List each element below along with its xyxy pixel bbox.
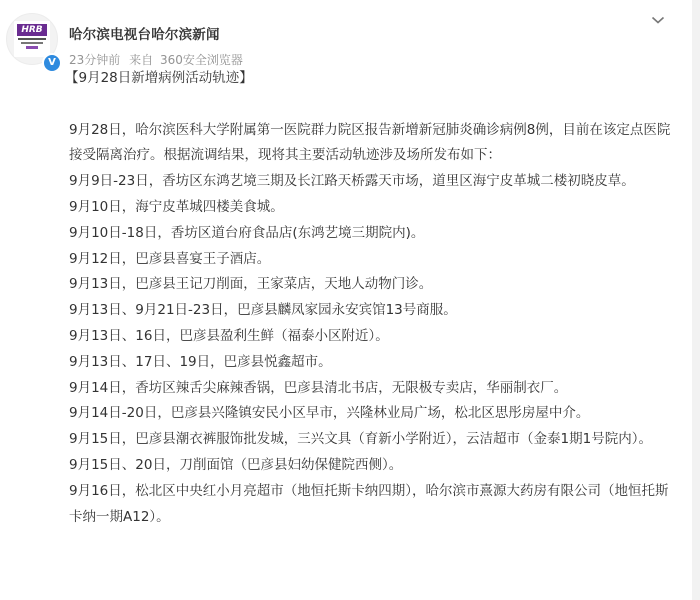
post-paragraph: 9月28日，哈尔滨医科大学附属第一医院群力院区报告新增新冠肺炎确诊病例8例，目前… xyxy=(69,118,681,170)
post-paragraph: 9月12日，巴彦县喜宴王子酒店。 xyxy=(69,247,681,273)
post-paragraph: 9月10日，海宁皮革城四楼美食城。 xyxy=(69,195,681,221)
post-title: 【9月28日新增病例活动轨迹】 xyxy=(65,66,681,92)
post-paragraph: 9月13日，巴彦县王记刀削面，王家菜店，天地人动物门诊。 xyxy=(69,272,681,298)
source-prefix: 来自 xyxy=(129,53,153,67)
post-paragraph: 9月10日-18日，香坊区道台府食品店(东鸿艺境三期院内)。 xyxy=(69,221,681,247)
post-paragraph: 9月15日，巴彦县潮衣裤服饰批发城，三兴文具（育新小学附近），云洁超市（金泰1期… xyxy=(69,427,681,453)
post-paragraph: 9月15日、20日，刀削面馆（巴彦县妇幼保健院西侧）。 xyxy=(69,453,681,479)
author-name[interactable]: 哈尔滨电视台哈尔滨新闻 xyxy=(69,23,220,43)
post-paragraph: 9月13日、17日、19日，巴彦县悦鑫超市。 xyxy=(69,350,681,376)
post-paragraph: 9月14日-20日，巴彦县兴隆镇安民小区早市，兴隆林业局广场，松北区思彤房屋中介… xyxy=(69,401,681,427)
author-avatar[interactable]: HRB V xyxy=(6,13,58,65)
page-scroll-gutter xyxy=(692,0,700,600)
logo-caption-line xyxy=(18,38,46,40)
logo-tag xyxy=(26,46,38,49)
post-paragraph: 9月14日，香坊区辣舌尖麻辣香锅，巴彦县清北书店，无限极专卖店，华丽制衣厂。 xyxy=(69,376,681,402)
post-paragraph: 9月16日，松北区中央红小月亮超市（地恒托斯卡纳四期），哈尔滨市熹源大药房有限公… xyxy=(69,479,681,531)
post-body: 【9月28日新增病例活动轨迹】 9月28日，哈尔滨医科大学附属第一医院群力院区报… xyxy=(69,66,681,530)
verified-badge-icon: V xyxy=(42,53,62,73)
post-paragraph: 9月13日、16日，巴彦县盈利生鲜（福泰小区附近）。 xyxy=(69,324,681,350)
chevron-down-icon[interactable] xyxy=(651,10,665,20)
blank-line xyxy=(69,92,681,118)
post-time[interactable]: 23分钟前 xyxy=(69,53,120,67)
hrb-logo-icon: HRB xyxy=(14,21,50,57)
logo-text: HRB xyxy=(17,24,47,36)
post-paragraph: 9月13日、9月21日-23日，巴彦县麟凤家园永安宾馆13号商服。 xyxy=(69,298,681,324)
post-paragraph: 9月9日-23日，香坊区东鸿艺境三期及长江路天桥露天市场，道里区海宁皮革城二楼初… xyxy=(69,169,681,195)
logo-caption-line xyxy=(21,42,43,44)
post-source: 360安全浏览器 xyxy=(160,53,243,67)
